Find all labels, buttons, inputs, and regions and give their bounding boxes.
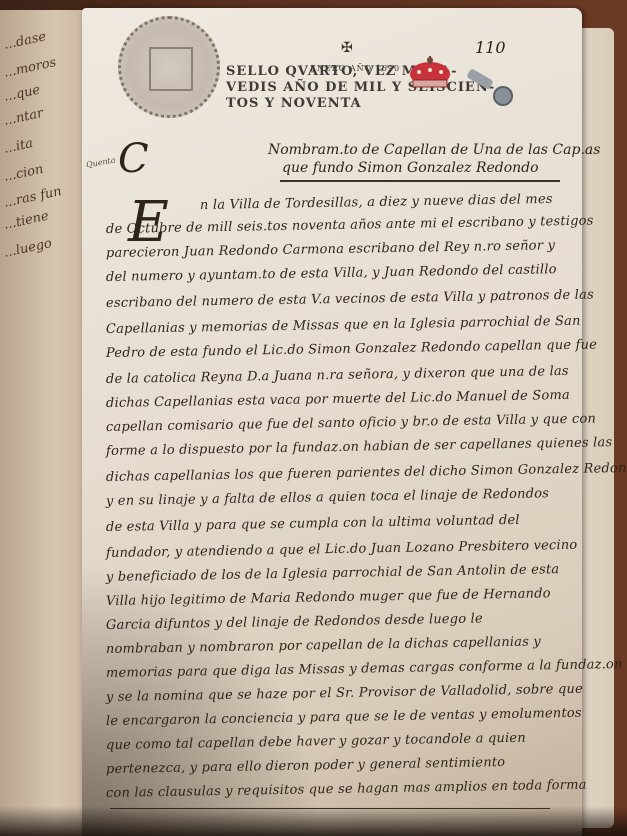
document-subtitle: que fundo Simon Gonzalez Redondo [282, 160, 539, 176]
stamp-line: VEDIS AÑO DE MIL Y SEISCIEN- [226, 80, 495, 95]
left-page-fragment: ...moros [2, 55, 57, 81]
royal-crown-icon [407, 52, 453, 92]
left-page-fragment: ...ntar [2, 106, 44, 129]
left-page-fragment: ...ita [2, 136, 34, 157]
left-page-fragment: ...dase [2, 29, 47, 53]
folio-number: 110 [475, 38, 506, 57]
document-title: Nombram.to de Capellan de Una de las Cap… [268, 142, 600, 158]
left-facing-page: ...dase ...moros ...que ...ntar ...ita .… [0, 10, 92, 836]
margin-flourish: C [118, 136, 149, 182]
key-stamp-icon [465, 68, 515, 108]
left-page-fragment: ...ras fun [2, 184, 63, 211]
left-page-fragment: ...tiene [2, 209, 50, 233]
stamp-line: TOS Y NOVENTA [226, 96, 362, 111]
embossed-seal-icon [118, 16, 220, 118]
cross-icon: ✠ [341, 40, 353, 56]
left-page-fragment: ...luego [2, 236, 53, 261]
left-page-fragment: ...que [2, 83, 41, 105]
left-page-fragment: ...cion [2, 162, 44, 185]
photo-bottom-shadow [0, 806, 627, 836]
title-underline [280, 180, 560, 182]
